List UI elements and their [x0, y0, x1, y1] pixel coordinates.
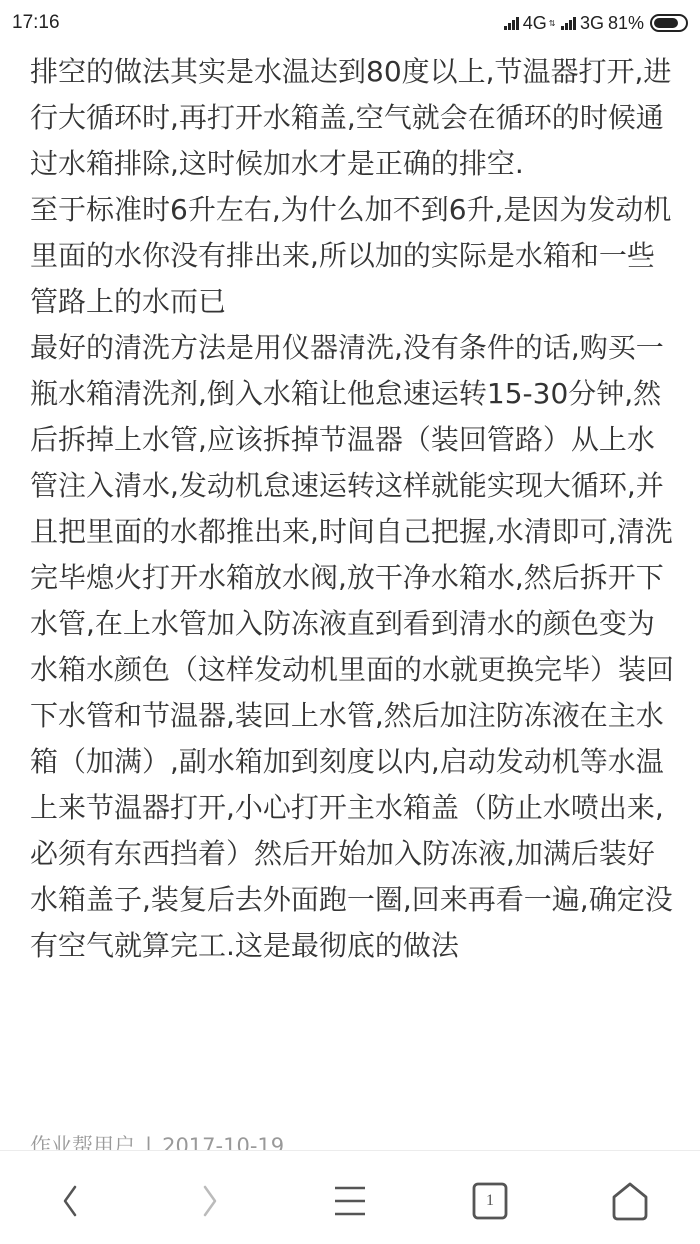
- battery-percent: 81%: [608, 13, 644, 34]
- chevron-right-icon: [200, 1184, 220, 1218]
- answer-paragraph: 排空的做法其实是水温达到80度以上,节温器打开,进行大循环时,再打开水箱盖,空气…: [30, 49, 675, 187]
- chevron-left-icon: [60, 1184, 80, 1218]
- battery-icon: [650, 14, 688, 32]
- network-type-primary: 4G: [523, 13, 547, 34]
- menu-button[interactable]: [328, 1181, 372, 1221]
- network-type-secondary: 3G: [580, 13, 604, 34]
- status-bar: 17:16 4G ⇅ 3G 81%: [0, 0, 700, 46]
- battery-level: [654, 18, 678, 28]
- signal-strength-icon: [504, 17, 519, 30]
- answer-paragraph: 最好的清洗方法是用仪器清洗,没有条件的话,购买一瓶水箱清洗剂,倒入水箱让他怠速运…: [30, 325, 675, 969]
- answer-meta: 作业帮用户|2017-10-19: [30, 1130, 284, 1152]
- data-activity-icon: ⇅: [549, 19, 556, 28]
- hamburger-menu-icon: [333, 1184, 367, 1218]
- status-time: 17:16: [12, 12, 60, 34]
- home-button[interactable]: [608, 1181, 652, 1221]
- browser-bottom-nav: 1: [0, 1150, 700, 1244]
- tabs-button[interactable]: 1: [468, 1181, 512, 1221]
- signal-strength-icon-secondary: [561, 17, 576, 30]
- forward-button[interactable]: [188, 1181, 232, 1221]
- answer-content: 排空的做法其实是水温达到80度以上,节温器打开,进行大循环时,再打开水箱盖,空气…: [30, 49, 675, 969]
- answer-paragraph: 至于标准时6升左右,为什么加不到6升,是因为发动机里面的水你没有排出来,所以加的…: [30, 187, 675, 325]
- tab-count: 1: [486, 1192, 494, 1210]
- status-indicators: 4G ⇅ 3G 81%: [504, 13, 688, 34]
- home-icon: [610, 1181, 650, 1221]
- back-button[interactable]: [48, 1181, 92, 1221]
